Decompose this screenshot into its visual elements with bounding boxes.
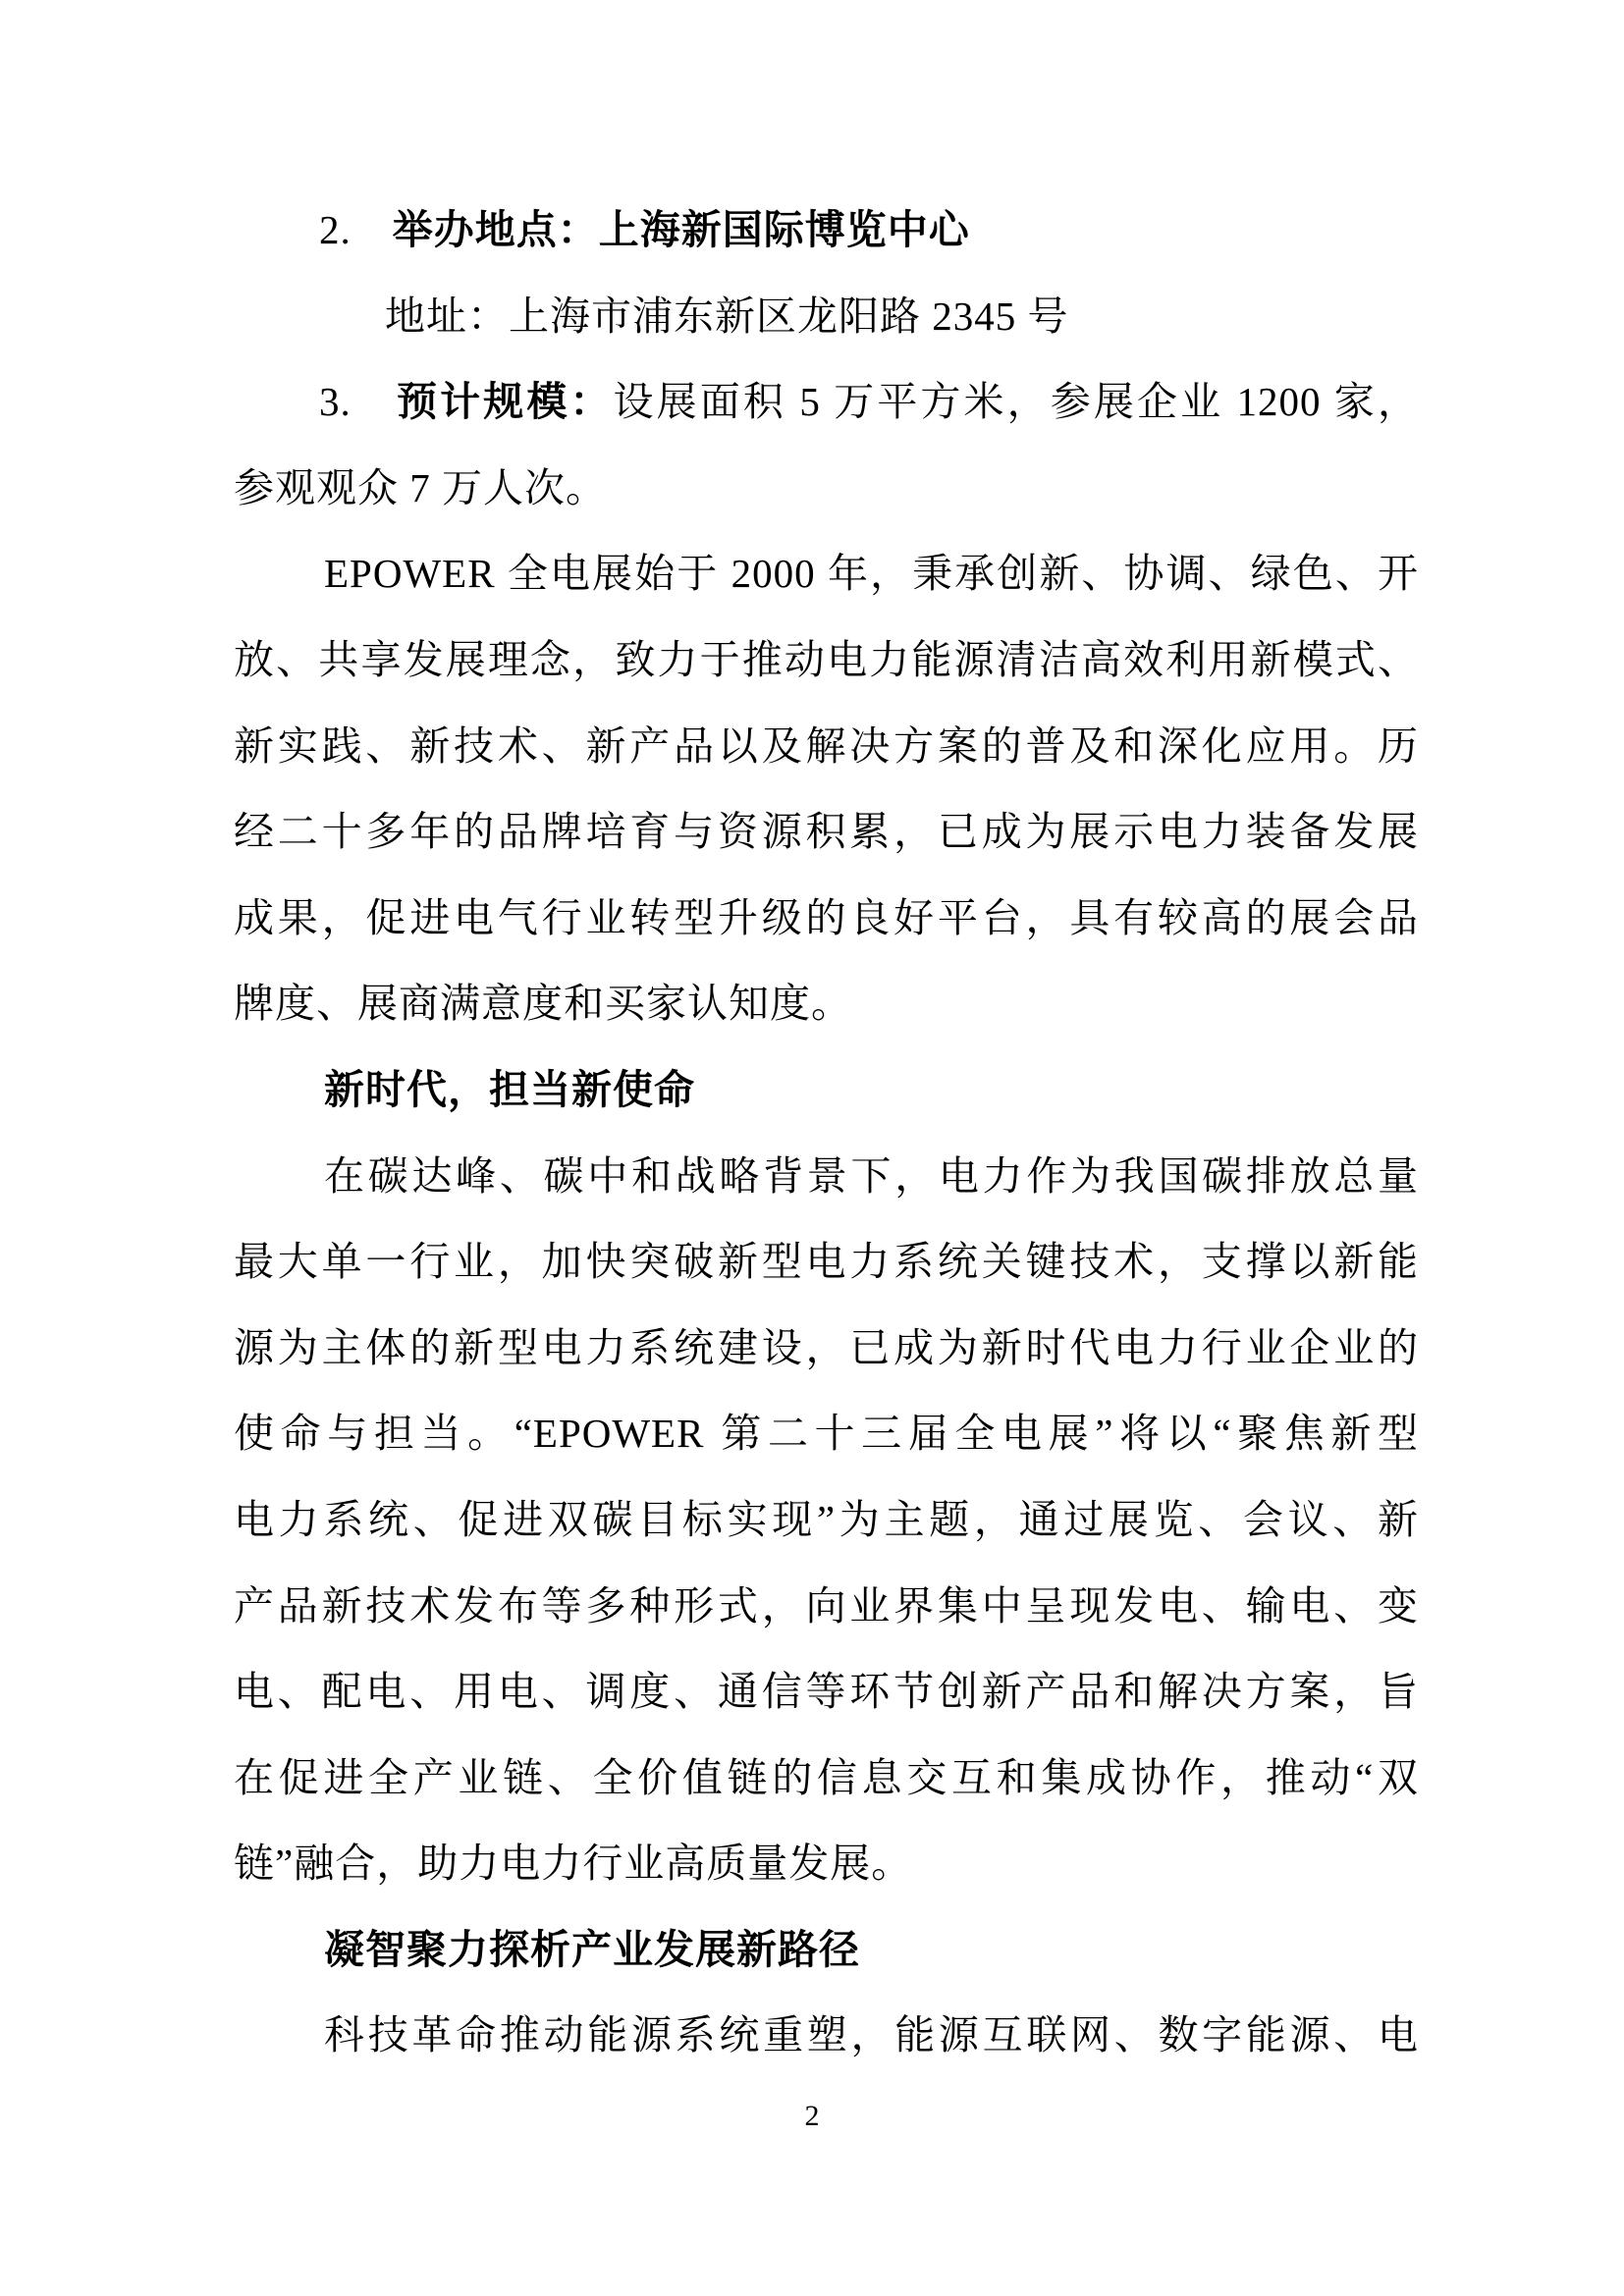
text-segment: 最大单一行业，加快突破新型电力系统关键技术，支撑以新能	[234, 1239, 1419, 1284]
text-line: 最大单一行业，加快突破新型电力系统关键技术，支撑以新能	[234, 1233, 1419, 1319]
text-segment: 举办地点：上海新国际博览中心	[393, 207, 970, 252]
text-segment: 科技革命推动能源系统重塑，能源互联网、数字能源、电	[324, 2012, 1419, 2057]
text-segment: EPOWER 全电展始于 2000 年，秉承创新、协调、绿色、开	[324, 551, 1419, 596]
text-segment: 新实践、新技术、新产品以及解决方案的普及和深化应用。历	[234, 723, 1419, 769]
text-line: 科技革命推动能源系统重塑，能源互联网、数字能源、电	[234, 2006, 1419, 2093]
text-line: 2. 举办地点：上海新国际博览中心	[234, 201, 1419, 288]
text-line: 产品新技术发布等多种形式，向业界集中呈现发电、输电、变	[234, 1577, 1419, 1664]
text-segment: 新时代，担当新使命	[324, 1067, 695, 1112]
text-line: 在碳达峰、碳中和战略背景下，电力作为我国碳排放总量	[234, 1148, 1419, 1234]
text-segment: 地址：上海市浦东新区龙阳路 2345 号	[385, 294, 1069, 339]
text-segment: 链”融合，助力电力行业高质量发展。	[234, 1841, 912, 1886]
page-number: 2	[0, 2099, 1624, 2134]
text-segment: 产品新技术发布等多种形式，向业界集中呈现发电、输电、变	[234, 1583, 1419, 1629]
text-segment: 电力系统、促进双碳目标实现”为主题，通过展览、会议、新	[234, 1497, 1419, 1542]
heading-line: 新时代，担当新使命	[234, 1061, 1419, 1148]
text-segment: 成果，促进电气行业转型升级的良好平台，具有较高的展会品	[234, 895, 1419, 940]
text-segment: 预计规模：	[397, 379, 614, 424]
text-line: 成果，促进电气行业转型升级的良好平台，具有较高的展会品	[234, 889, 1419, 976]
text-line: 在促进全产业链、全价值链的信息交互和集成协作，推动“双	[234, 1749, 1419, 1836]
text-line: 新实践、新技术、新产品以及解决方案的普及和深化应用。历	[234, 718, 1419, 804]
text-segment: 凝智聚力探析产业发展新路径	[324, 1927, 860, 1972]
text-segment: 在促进全产业链、全价值链的信息交互和集成协作，推动“双	[234, 1755, 1419, 1800]
text-segment: 参观观众 7 万人次。	[234, 465, 607, 510]
text-line: 电力系统、促进双碳目标实现”为主题，通过展览、会议、新	[234, 1491, 1419, 1577]
heading-line: 凝智聚力探析产业发展新路径	[234, 1921, 1419, 2007]
text-line: 地址：上海市浦东新区龙阳路 2345 号	[234, 288, 1419, 374]
document-page: 2. 举办地点：上海新国际博览中心地址：上海市浦东新区龙阳路 2345 号3. …	[0, 0, 1624, 2296]
text-segment: 放、共享发展理念，致力于推动电力能源清洁高效利用新模式、	[234, 637, 1419, 682]
text-line: 电、配电、用电、调度、通信等环节创新产品和解决方案，旨	[234, 1663, 1419, 1749]
text-line: 牌度、展商满意度和买家认知度。	[234, 975, 1419, 1061]
text-segment: 使命与担当。“EPOWER 第二十三届全电展”将以“聚焦新型	[234, 1411, 1419, 1456]
text-line: 源为主体的新型电力系统建设，已成为新时代电力行业企业的	[234, 1319, 1419, 1406]
text-line: 经二十多年的品牌培育与资源积累，已成为展示电力装备发展	[234, 803, 1419, 889]
text-line: 3. 预计规模：设展面积 5 万平方米，参展企业 1200 家，	[234, 373, 1419, 459]
document-body: 2. 举办地点：上海新国际博览中心地址：上海市浦东新区龙阳路 2345 号3. …	[234, 201, 1419, 2093]
text-segment: 在碳达峰、碳中和战略背景下，电力作为我国碳排放总量	[324, 1153, 1419, 1199]
text-segment: 源为主体的新型电力系统建设，已成为新时代电力行业企业的	[234, 1325, 1419, 1370]
text-line: EPOWER 全电展始于 2000 年，秉承创新、协调、绿色、开	[234, 545, 1419, 631]
text-segment: 经二十多年的品牌培育与资源积累，已成为展示电力装备发展	[234, 809, 1419, 854]
text-segment: 设展面积 5 万平方米，参展企业 1200 家，	[614, 379, 1419, 424]
text-line: 参观观众 7 万人次。	[234, 459, 1419, 546]
text-line: 放、共享发展理念，致力于推动电力能源清洁高效利用新模式、	[234, 631, 1419, 718]
text-segment: 牌度、展商满意度和买家认知度。	[234, 981, 852, 1026]
text-line: 链”融合，助力电力行业高质量发展。	[234, 1835, 1419, 1921]
text-line: 使命与担当。“EPOWER 第二十三届全电展”将以“聚焦新型	[234, 1405, 1419, 1491]
text-segment: 电、配电、用电、调度、通信等环节创新产品和解决方案，旨	[234, 1669, 1419, 1714]
text-segment: 3.	[319, 379, 397, 424]
text-segment: 2.	[319, 207, 393, 252]
